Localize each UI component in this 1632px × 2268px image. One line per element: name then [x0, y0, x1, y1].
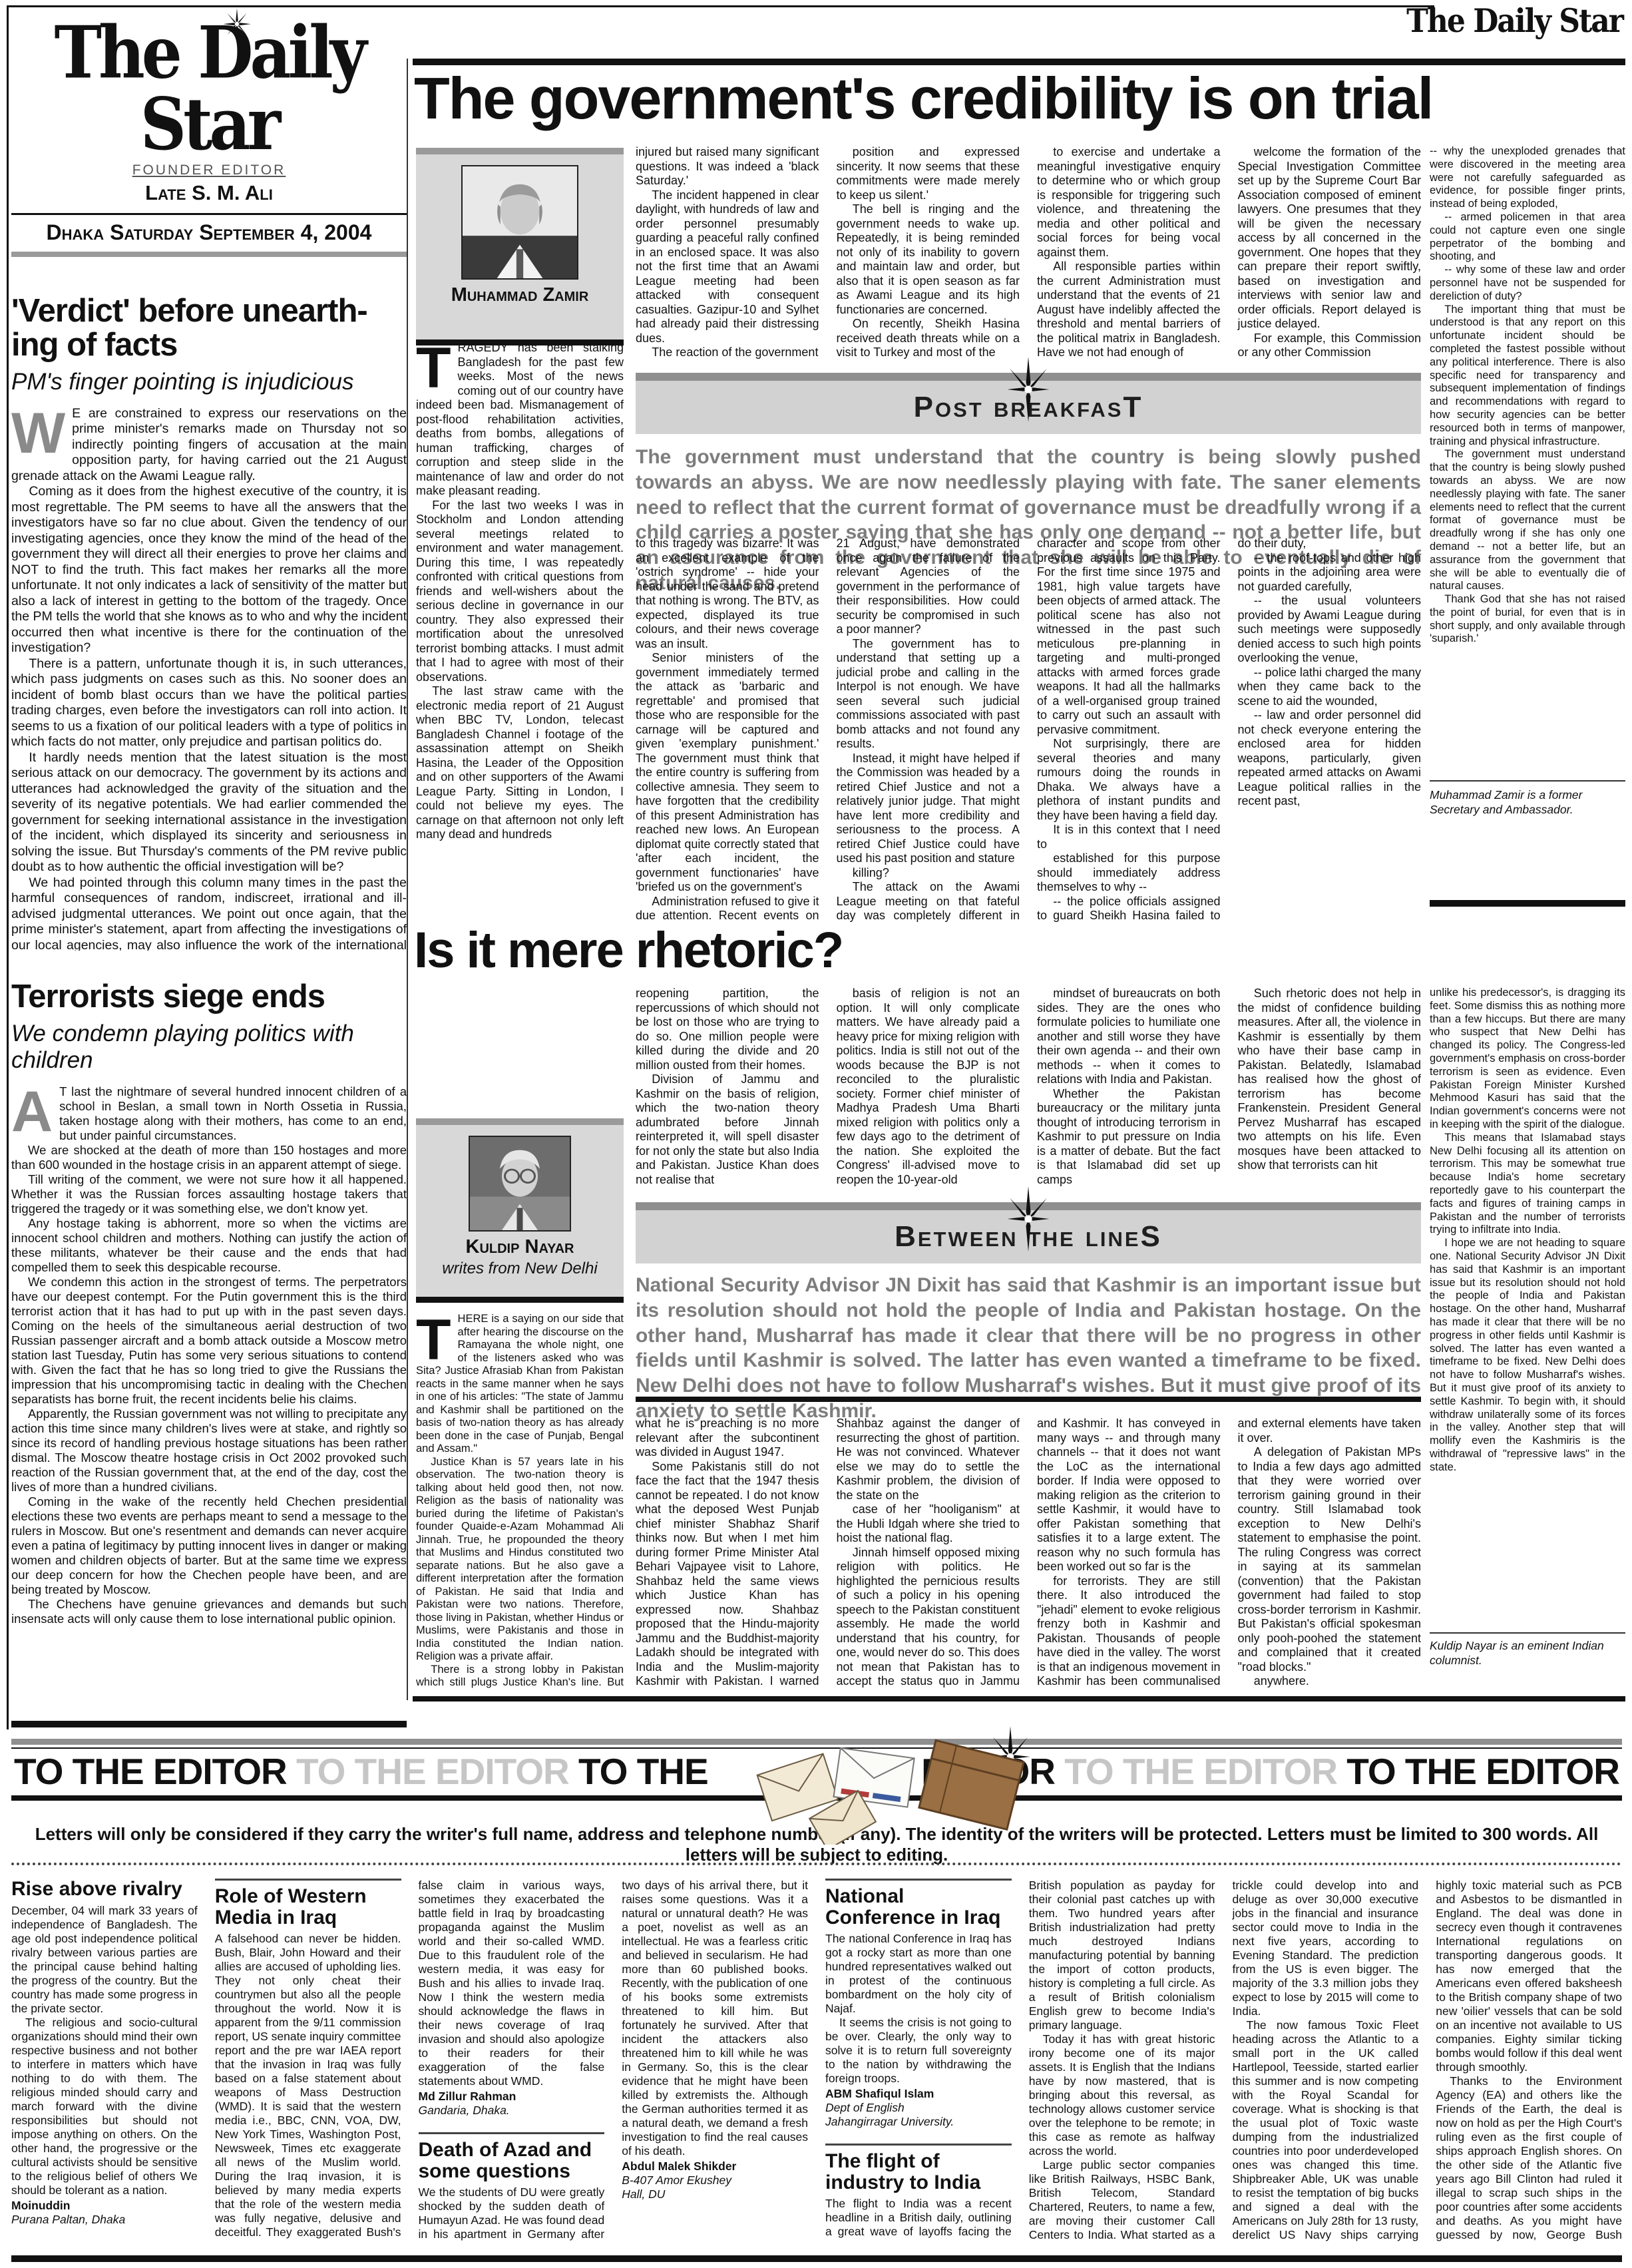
letter-address: Dept of English — [825, 2101, 1012, 2115]
letter-address-2: Jahangirragar University. — [825, 2115, 1012, 2129]
to-the-editor-banner: TO THE EDITOR TO THE EDITOR TO THE EDITO… — [11, 1739, 1622, 1801]
banner-segment: TO THE EDITOR — [14, 1751, 287, 1792]
zamir-column-1: TRAGEDY has been stalking Bangladesh for… — [416, 341, 624, 927]
paragraph: basis of religion is not an option. It w… — [837, 987, 1020, 1187]
column-divider — [407, 59, 408, 1700]
paragraph: Senior ministers of the government immed… — [636, 651, 819, 895]
paragraph: case of her "hooliganism" at the Hubli I… — [837, 1502, 1020, 1546]
editorial-subhead: We condemn playing politics with childre… — [11, 1021, 407, 1074]
paragraph: A delegation of Pakistan MPs to India a … — [1238, 1445, 1422, 1674]
dotted-rule — [11, 1863, 1622, 1865]
editorial-headline: Terrorists siege ends — [11, 980, 407, 1014]
paragraph: Apparently, the Russian government was n… — [11, 1407, 407, 1494]
paragraph: The government must understand that the … — [1430, 448, 1625, 593]
paragraph: Division of Jammu and Kashmir on the bas… — [636, 1072, 819, 1187]
letter-address: B-407 Amor Ekushey — [622, 2173, 808, 2187]
letter-body: December, 04 will mark 33 years of indep… — [11, 1904, 198, 2197]
paragraph: Till writing of the comment, we were not… — [11, 1172, 407, 1216]
paragraph: mindset of bureaucrats on both sides. Th… — [1037, 987, 1221, 1087]
paragraph: We are shocked at the death of more than… — [11, 1143, 407, 1172]
paragraph: The Chechens have genuine grievances and… — [11, 1597, 407, 1626]
paragraph: position and expressed sincerity. It now… — [837, 145, 1020, 202]
paragraph: It is in this context that I need to — [1037, 823, 1221, 851]
dateline: Dhaka Saturday September 4, 2004 — [11, 220, 407, 245]
paragraph: We had pointed through this column many … — [11, 875, 407, 951]
masthead-logo: The Daily Star — [11, 17, 407, 160]
zamir-portrait — [461, 165, 578, 280]
paragraph: unlike his predecessor's, is dragging it… — [1430, 987, 1625, 1132]
corner-masthead-logo: The Daily Star — [1406, 3, 1623, 40]
star-icon — [223, 9, 251, 40]
paragraph: THERE is a saying on our side that after… — [416, 1313, 624, 1456]
nayar-photo-box: Kuldip Nayar writes from New Delhi — [416, 1118, 624, 1303]
zamir-caption: Muhammad Zamir — [416, 285, 624, 306]
letter-title: Role of Western Media in Iraq — [215, 1886, 401, 1928]
paragraph: -- why the unexploded grenades that were… — [1430, 145, 1625, 211]
paragraph: TRAGEDY has been stalking Bangladesh for… — [416, 341, 624, 499]
editorial-subhead: PM's finger pointing is injudicious — [11, 369, 407, 395]
paragraph: On recently, Sheikh Hasina received deat… — [837, 317, 1020, 360]
paragraph: to this tragedy was bizarre. It was an e… — [636, 537, 819, 651]
paragraph: Whether the Pakistan bureaucracy or the … — [1037, 1087, 1221, 1188]
nayar-right-column: unlike his predecessor's, is dragging it… — [1430, 987, 1625, 1619]
portrait-image — [463, 166, 577, 278]
paragraph: injured but raised many significant ques… — [636, 145, 819, 188]
paragraph: -- the roof-tops and other high points i… — [1238, 551, 1422, 594]
paragraph: Today it has with great historic irony b… — [1029, 2032, 1215, 2158]
nayar-credit: Kuldip Nayar is an eminent Indian column… — [1430, 1632, 1625, 1668]
nayar-column-1: THERE is a saying on our side that after… — [416, 1313, 624, 1690]
banner-segment: TO THE EDITOR — [1064, 1751, 1337, 1792]
post-breakfast-banner: Post breakfasT — [636, 373, 1421, 434]
paragraph: reopening partition, the repercussions o… — [636, 987, 819, 1072]
page-bottom-rule — [11, 2255, 1622, 2262]
banner-text-line: TO THE EDITOR TO THE EDITOR TO THE EDITO… — [11, 1747, 1622, 1801]
left-column: The Daily Star FOUNDER EDITOR Late S. M.… — [11, 17, 407, 1737]
page-border-left — [7, 5, 9, 1729]
paragraph: established for this purpose should imme… — [1037, 851, 1221, 895]
letters-section: Rise above rivalry December, 04 will mar… — [11, 1879, 1622, 2249]
paragraph: Coming in the wake of the recently held … — [11, 1494, 407, 1597]
paragraph: Thank God that she has not raised the po… — [1430, 593, 1625, 646]
nayar-top-flow: reopening partition, the repercussions o… — [636, 987, 1421, 1198]
paragraph: anywhere. — [1238, 1674, 1422, 1689]
editorial-verdict: 'Verdict' before unearth-ing of facts PM… — [11, 294, 407, 951]
paragraph: -- why some of these law and order perso… — [1430, 264, 1625, 303]
paragraph: All responsible parties within the curre… — [1037, 260, 1221, 360]
founder-editor-name: Late S. M. Ali — [11, 181, 407, 205]
letter-signer: Md Zillur Rahman — [419, 2090, 605, 2104]
starburst-icon — [1005, 353, 1052, 426]
zamir-right-column: -- why the unexploded grenades that were… — [1430, 145, 1625, 770]
paragraph: -- the usual volunteers provided by Awam… — [1238, 594, 1422, 666]
zamir-top-columns: injured but raised many significant ques… — [636, 145, 1421, 367]
paragraph: The government has to understand that se… — [837, 637, 1020, 752]
nayar-caption-note: writes from New Delhi — [416, 1259, 624, 1278]
banner-segment: TO THE EDITOR — [1346, 1751, 1619, 1792]
nayar-bottom-flow: what he is preaching is no more relevant… — [636, 1417, 1421, 1691]
editorial-headline: 'Verdict' before unearth-ing of facts — [11, 294, 407, 362]
letter-body: The national Conference in Iraq has got … — [825, 1932, 1012, 2086]
letter-signer: Moinuddin — [11, 2199, 198, 2213]
nayar-portrait — [469, 1136, 571, 1232]
nayar-headline: Is it mere rhetoric? — [414, 925, 1346, 976]
letter-title: Rise above rivalry — [11, 1879, 198, 1900]
paragraph: There is a strong lobby in Pakistan whic… — [416, 1664, 624, 1690]
paragraph: killing? — [837, 866, 1020, 881]
letter-title: Death of Azad and some questions — [419, 2140, 605, 2181]
paragraph: Such rhetoric does not help in the midst… — [1238, 987, 1422, 1173]
nayar-bottom-columns: what he is preaching is no more relevant… — [636, 1417, 1421, 1691]
article-top-rule — [413, 59, 1625, 65]
nayar-caption: Kuldip Nayar — [416, 1237, 624, 1258]
portrait-image — [470, 1137, 570, 1230]
zamir-bottom-flow: to this tragedy was bizarre. It was an e… — [636, 537, 1421, 927]
masthead-gray-rule — [11, 252, 407, 257]
paragraph: This means that Islamabad stays New Delh… — [1430, 1132, 1625, 1237]
starburst-icon — [1005, 1182, 1052, 1255]
paragraph: For the last two weeks I was in Stockhol… — [416, 499, 624, 685]
zamir-headline: The government's credibility is on trial — [414, 69, 1629, 128]
paragraph: It seems the crisis is not going to be o… — [825, 2016, 1012, 2086]
envelopes-icon — [743, 1738, 1036, 1845]
nayar-quote-rule — [636, 1397, 1421, 1402]
letter-national-conference-iraq: National Conference in Iraq The national… — [825, 1879, 1012, 2129]
paragraph: WE are constrained to express our reserv… — [11, 406, 407, 485]
paragraph: Justice Khan is 57 years late in his obs… — [416, 1456, 624, 1664]
paragraph: It hardly needs mention that the latest … — [11, 750, 407, 875]
paragraph: The important thing that must be underst… — [1430, 304, 1625, 449]
paragraph: The last straw came with the electronic … — [416, 684, 624, 842]
paragraph: -- law and order personnel did not check… — [1238, 708, 1422, 809]
nayar-top-columns: reopening partition, the repercussions o… — [636, 987, 1421, 1198]
letter-rise-above-rivalry: Rise above rivalry December, 04 will mar… — [11, 1879, 198, 2227]
paragraph: December, 04 will mark 33 years of indep… — [11, 1904, 198, 2016]
letter-address: Purana Paltan, Dhaka — [11, 2213, 198, 2227]
paragraph: what he is preaching is no more relevant… — [636, 1417, 819, 1460]
masthead-rule — [11, 213, 407, 215]
paragraph: Coming as it does from the highest execu… — [11, 484, 407, 656]
paragraph: AT last the nightmare of several hundred… — [11, 1084, 407, 1143]
zamir-bottom-columns: to this tragedy was bizarre. It was an e… — [636, 537, 1421, 927]
paragraph: The national Conference in Iraq has got … — [825, 1932, 1012, 2016]
zamir-right-rule — [1430, 900, 1625, 907]
letter-signer: ABM Shafiqul Islam — [825, 2087, 1012, 2101]
paragraph: We condemn this action in the strongest … — [11, 1275, 407, 1407]
letter-signer: Abdul Malek Shikder — [622, 2159, 808, 2173]
paragraph: For example, this Commission or any othe… — [1238, 332, 1422, 360]
paragraph: The religious and socio-cultural organiz… — [11, 2016, 198, 2197]
zamir-top-flow: injured but raised many significant ques… — [636, 145, 1421, 367]
newspaper-page: The Daily Star The Daily Star FOUNDER ED… — [0, 0, 1632, 2268]
main-bottom-rule — [413, 1696, 1625, 1701]
zamir-photo-box: Muhammad Zamir — [416, 148, 624, 345]
letter-title: National Conference in Iraq — [825, 1886, 1012, 1928]
paragraph: The bell is ringing and the government n… — [837, 202, 1020, 317]
banner-segment: TO THE — [578, 1751, 708, 1792]
paragraph: The incident happened in clear daylight,… — [636, 188, 819, 346]
paragraph: welcome the formation of the Special Inv… — [1238, 145, 1422, 332]
letter-title: The flight of industry to India — [825, 2151, 1012, 2193]
editorial-body: AT last the nightmare of several hundred… — [11, 1084, 407, 1737]
zamir-credit: Muhammad Zamir is a former Secretary and… — [1430, 780, 1625, 817]
paragraph: Not surprisingly, there are several theo… — [1037, 737, 1221, 823]
paragraph: I hope we are not heading to square one.… — [1430, 1237, 1625, 1474]
masthead-logo-text: The Daily Star — [55, 11, 364, 166]
paragraph: to exercise and undertake a meaningful i… — [1037, 145, 1221, 260]
banner-segment: TO THE EDITOR — [296, 1751, 569, 1792]
between-the-lines-banner: Between the lineS — [636, 1202, 1421, 1263]
paragraph: Instead, it might have helped if the Com… — [837, 752, 1020, 866]
editorial-body: WE are constrained to express our reserv… — [11, 406, 407, 951]
letter-address: Gandaria, Dhaka. — [419, 2104, 605, 2118]
letter-address-2: Hall, DU — [622, 2187, 808, 2201]
page-border-top — [7, 5, 1434, 7]
paragraph: The reaction of the government — [636, 345, 819, 360]
paragraph: Any hostage taking is abhorrent, more so… — [11, 1216, 407, 1275]
paragraph: There is a pattern, unfortunate though i… — [11, 656, 407, 750]
editorial-terrorists: Terrorists siege ends We condemn playing… — [11, 980, 407, 1737]
paragraph: -- police lathi charged the many when th… — [1238, 666, 1422, 709]
paragraph: -- armed policemen in that area could no… — [1430, 211, 1625, 264]
